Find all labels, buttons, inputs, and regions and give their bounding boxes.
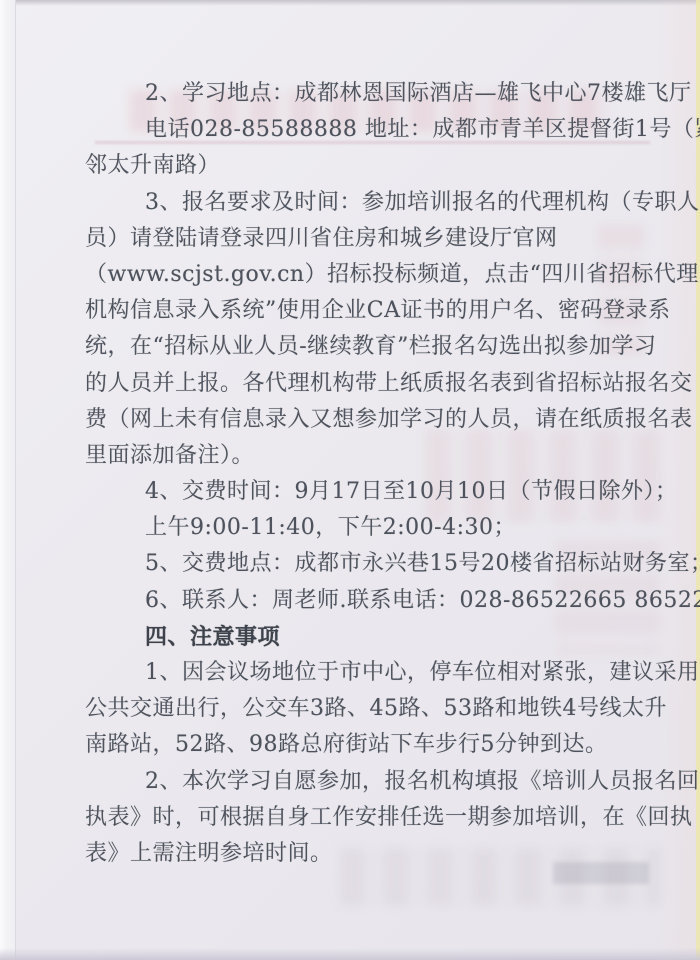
scan-edge-top (0, 0, 700, 6)
document-lines: 2、学习地点：成都林恩国际酒店—雄飞中心7楼雄飞厅电话028-85588888 … (85, 76, 675, 872)
document-line: 的人员并上报。各代理机构带上纸质报名表到省招标站报名交 (85, 366, 675, 402)
document-line: 南路站，52路、98路总府街站下车步行5分钟到达。 (85, 727, 675, 763)
document-line: 2、学习地点：成都林恩国际酒店—雄飞中心7楼雄飞厅 (85, 76, 675, 112)
document-line: 表》上需注明参培时间。 (85, 836, 675, 872)
document-line: 3、报名要求及时间：参加培训报名的代理机构（专职人 (85, 185, 675, 221)
document-line: 1、因会议场地位于市中心，停车位相对紧张，建议采用 (85, 655, 675, 691)
document-line: 6、联系人：周老师.联系电话：028-86522665 86522292 (85, 583, 675, 619)
section-heading-line: 四、注意事项 (85, 619, 675, 655)
scan-edge-bottom (0, 948, 700, 960)
document-line: 邻太升南路） (85, 148, 675, 184)
document-line: 公共交通出行，公交车3路、45路、53路和地铁4号线太升 (85, 691, 675, 727)
document-line: 2、本次学习自愿参加，报名机构填报《培训人员报名回 (85, 764, 675, 800)
document-line: 4、交费时间：9月17日至10月10日（节假日除外）； (85, 474, 675, 510)
document-line: 费（网上未有信息录入又想参加学习的人员，请在纸质报名表 (85, 402, 675, 438)
document-line: 5、交费地点：成都市永兴巷15号20楼省招标站财务室； (85, 546, 675, 582)
document-line: 里面添加备注）。 (85, 438, 675, 474)
document-line: 上午9:00-11:40，下午2:00-4:30； (85, 510, 675, 546)
scanned-document-page: 2、学习地点：成都林恩国际酒店—雄飞中心7楼雄飞厅电话028-85588888 … (0, 0, 700, 960)
document-line: （www.scjst.gov.cn）招标投标频道，点击“四川省招标代理 (85, 257, 675, 293)
document-line: 电话028-85588888 地址：成都市青羊区提督街1号（紧 (85, 112, 675, 148)
document-line: 统，在“招标从业人员-继续教育”栏报名勾选出拟参加学习 (85, 329, 675, 365)
document-line: 机构信息录入系统”使用企业CA证书的用户名、密码登录系 (85, 293, 675, 329)
scan-edge-left-strip (0, 0, 16, 960)
document-line: 员）请登陆请登录四川省住房和城乡建设厅官网 (85, 221, 675, 257)
document-line: 执表》时，可根据自身工作安排任选一期参加培训，在《回执 (85, 800, 675, 836)
